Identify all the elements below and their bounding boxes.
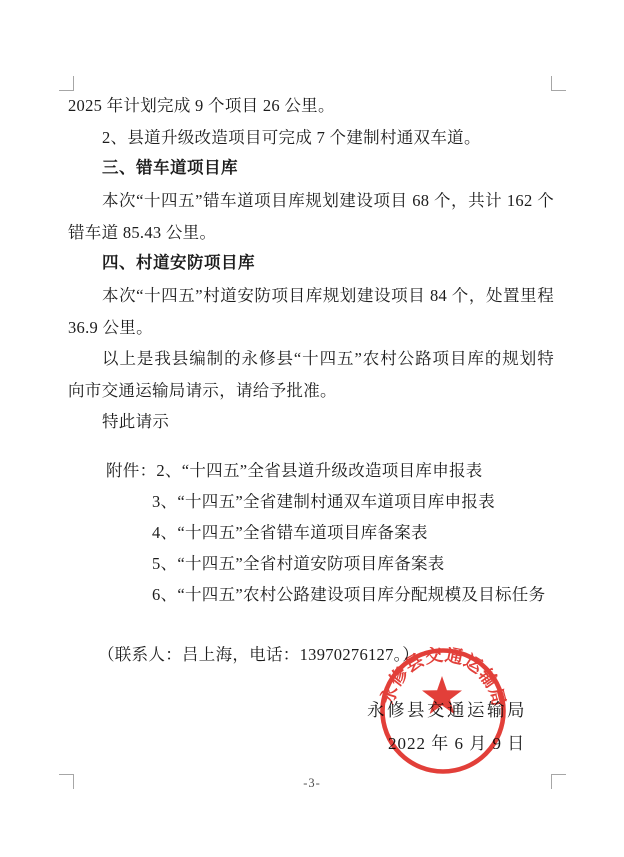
attachments-label: 附件： bbox=[106, 461, 156, 480]
body-line: 向市交通运输局请示，请给予批准。 bbox=[68, 381, 337, 400]
body-line: 特此请示 bbox=[102, 412, 169, 431]
page-number: -3- bbox=[0, 776, 624, 791]
attachment-item: 2、“十四五”全省县道升级改造项目库申报表 bbox=[156, 461, 482, 480]
section-heading: 四、村道安防项目库 bbox=[102, 254, 255, 273]
attachment-row: 附件： 2、“十四五”全省县道升级改造项目库申报表 bbox=[106, 461, 483, 480]
official-seal-stamp-icon: 永修县交通运输局 bbox=[378, 647, 508, 777]
body-line: 2、县道升级改造项目可完成 7 个建制村通双车道。 bbox=[102, 128, 481, 147]
body-line: 以上是我县编制的永修县“十四五”农村公路项目库的规划特 bbox=[102, 349, 554, 368]
body-line: 2025 年计划完成 9 个项目 26 公里。 bbox=[68, 96, 335, 115]
margin-mark-top-left-icon bbox=[59, 76, 74, 91]
body-line: 错车道 85.43 公里。 bbox=[68, 223, 216, 242]
attachment-item: 5、“十四五”全省村道安防项目库备案表 bbox=[152, 554, 445, 573]
body-line: 本次“十四五”错车道项目库规划建设项目 68 个，共计 162 个 bbox=[102, 191, 554, 210]
document-page: 2025 年计划完成 9 个项目 26 公里。 2、县道升级改造项目可完成 7 … bbox=[0, 0, 624, 857]
body-line: 36.9 公里。 bbox=[68, 318, 153, 337]
contact-line: （联系人：吕上海，电话：13970276127。） bbox=[98, 645, 419, 664]
seal-star-icon bbox=[422, 676, 462, 714]
attachment-item: 3、“十四五”全省建制村通双车道项目库申报表 bbox=[152, 492, 495, 511]
attachment-item: 6、“十四五”农村公路建设项目库分配规模及目标任务 bbox=[152, 585, 545, 604]
body-line: 本次“十四五”村道安防项目库规划建设项目 84 个，处置里程 bbox=[102, 286, 554, 305]
attachment-item: 4、“十四五”全省错车道项目库备案表 bbox=[152, 523, 428, 542]
section-heading: 三、错车道项目库 bbox=[102, 159, 238, 178]
margin-mark-top-right-icon bbox=[551, 76, 566, 91]
